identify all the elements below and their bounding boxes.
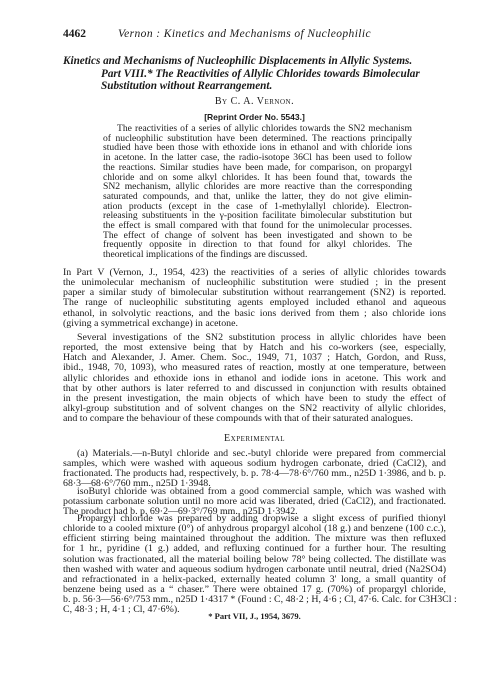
title-line: Kinetics and Mechanisms of Nucleophilic …	[63, 55, 453, 68]
reprint-order: [Reprint Order No. 5543.]	[63, 112, 446, 122]
byline: By C. A. Vernon.	[63, 96, 446, 107]
intro-paragraph-2: Several investigations of the SN2 substi…	[63, 333, 446, 424]
footnote: * Part VII, J., 1954, 3679.	[63, 611, 446, 621]
running-head: 4462 Vernon : Kinetics and Mechanisms of…	[63, 27, 446, 41]
article-title: Kinetics and Mechanisms of Nucleophilic …	[63, 55, 453, 93]
body-line: and to compare the behaviour of these co…	[63, 414, 446, 424]
intro-paragraph-1: In Part V (Vernon, J., 1954, 423) the re…	[63, 268, 446, 329]
abstract-line: theoretical implications of the findings…	[103, 250, 412, 260]
title-line: Substitution without Rearrangement.	[63, 80, 453, 93]
abstract: The reactivities of a series of allylic …	[103, 124, 412, 260]
materials-paragraph: (a) Materials.—n-Butyl chloride and sec.…	[63, 449, 446, 490]
author-name: C. A. Vernon.	[231, 96, 295, 107]
propargyl-paragraph: Propargyl chloride was prepared by addin…	[63, 514, 446, 616]
running-head-title: Vernon : Kinetics and Mechanisms of Nucl…	[118, 27, 371, 41]
title-line: Part VIII.* The Reactivities of Allylic …	[63, 68, 453, 81]
section-heading-experimental: Experimental	[63, 433, 446, 444]
body-line: (giving a symmetrical exchange) in aceto…	[63, 319, 446, 329]
byline-prefix: By	[215, 96, 228, 107]
page-number: 4462	[63, 27, 86, 41]
